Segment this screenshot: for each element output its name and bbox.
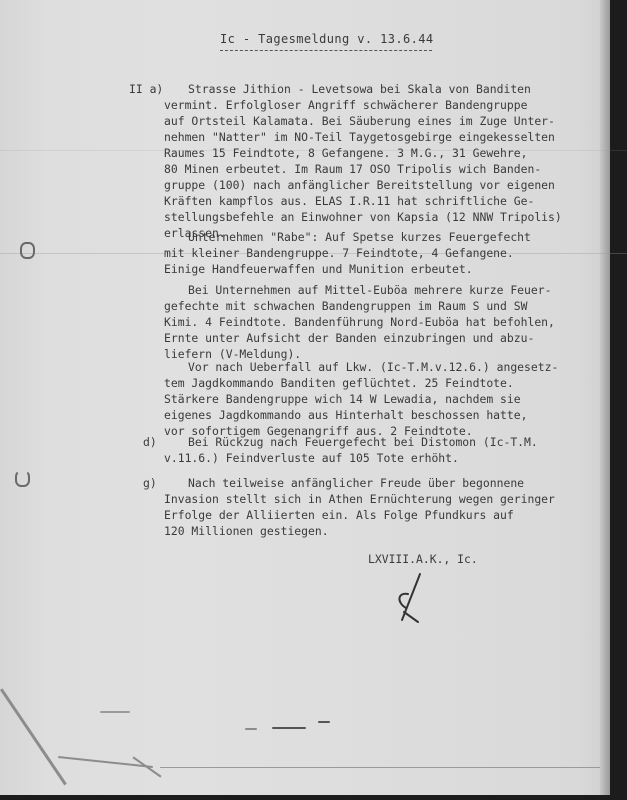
ink-smudge	[100, 711, 130, 713]
paragraph-line: Strasse Jithion - Levetsowa bei Skala vo…	[188, 82, 531, 98]
paragraph-line: Stärkere Bandengruppe wich 14 W Lewadia,…	[164, 392, 521, 408]
document-title: Ic - Tagesmeldung v. 13.6.44	[220, 32, 434, 48]
paragraph-line: vermint. Erfolgloser Angriff schwächerer…	[164, 98, 527, 114]
paragraph-line: Erfolge der Alliierten ein. Als Folge Pf…	[164, 508, 514, 524]
paragraph-line: Nach teilweise anfänglicher Freude über …	[188, 476, 524, 492]
paragraph-line: mit kleiner Bandengruppe. 7 Feindtote, 4…	[164, 246, 514, 262]
scanned-document-page: Ic - Tagesmeldung v. 13.6.44 II a) Stras…	[0, 0, 610, 795]
folded-corner-edge	[133, 756, 162, 777]
paragraph-line: Kimi. 4 Feindtote. Bandenführung Nord-Eu…	[164, 315, 555, 331]
paragraph-line: gefechte mit schwachen Bandengruppen im …	[164, 299, 527, 315]
punch-hole-icon	[15, 470, 30, 487]
ink-smudge	[245, 728, 257, 730]
paragraph-line: Bei Unternehmen auf Mittel-Euböa mehrere…	[188, 283, 551, 299]
paragraph-line: stellungsbefehle an Einwohner von Kapsia…	[164, 210, 562, 226]
paragraph-line: Raumes 15 Feindtote, 8 Gefangene. 3 M.G.…	[164, 146, 527, 162]
paragraph-line: 80 Minen erbeutet. Im Raum 17 OSO Tripol…	[164, 162, 541, 178]
handwritten-signature-icon	[392, 572, 432, 624]
paragraph-line: eigenes Jagdkommando aus Hinterhalt besc…	[164, 408, 527, 424]
punch-hole-icon	[20, 242, 35, 259]
ink-smudge	[272, 727, 306, 729]
paragraph-line: auf Ortsteil Kalamata. Bei Säuberung ein…	[164, 114, 555, 130]
page-fold-line	[160, 767, 600, 768]
paragraph-line: nehmen "Natter" im NO-Teil Taygetosgebir…	[164, 130, 555, 146]
paragraph-line: Kräften kampflos aus. ELAS I.R.11 hat sc…	[164, 194, 534, 210]
paragraph-line: Unternehmen "Rabe": Auf Spetse kurzes Fe…	[188, 230, 531, 246]
paragraph-line: Vor nach Ueberfall auf Lkw. (Ic-T.M.v.12…	[188, 360, 558, 376]
title-underline	[220, 50, 432, 51]
paragraph-line: 120 Millionen gestiegen.	[164, 524, 329, 540]
section-label-IIa: II a)	[129, 82, 163, 98]
paragraph-line: Invasion stellt sich in Athen Ernüchteru…	[164, 492, 555, 508]
signature-block: LXVIII.A.K., Ic.	[368, 552, 478, 568]
section-label-g: g)	[143, 476, 157, 492]
ink-smudge	[318, 721, 330, 723]
paragraph-line: gruppe (100) nach anfänglicher Bereitste…	[164, 178, 555, 194]
paragraph-line: tem Jagdkommando Banditen geflüchtet. 25…	[164, 376, 514, 392]
folded-corner-edge	[0, 688, 67, 785]
page-edge-shadow	[600, 0, 610, 795]
paragraph-line: Bei Rückzug nach Feuergefecht bei Distom…	[188, 435, 538, 451]
section-label-d: d)	[143, 435, 157, 451]
paragraph-line: Einige Handfeuerwaffen und Munition erbe…	[164, 262, 473, 278]
paragraph-line: v.11.6.) Feindverluste auf 105 Tote erhö…	[164, 451, 459, 467]
paragraph-line: Ernte unter Aufsicht der Banden einzubri…	[164, 331, 534, 347]
